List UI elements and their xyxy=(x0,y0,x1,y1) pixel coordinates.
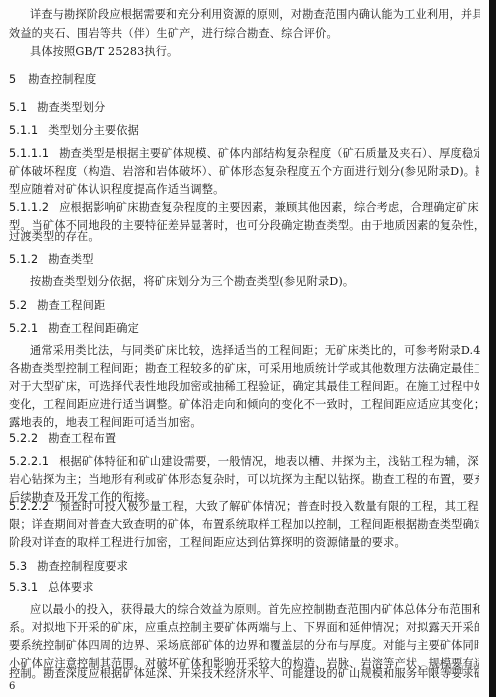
wechat-icon: ◯ xyxy=(418,665,429,676)
section-number: 5.2.2 xyxy=(9,432,38,446)
section-title: 勘查工程间距 xyxy=(37,299,105,312)
paragraph-line: 应以最小的投入，获得最大的综合效益为原则。首先应控制勘查范围内矿体总体分布范围和… xyxy=(30,603,480,617)
page-number: 6 xyxy=(9,681,15,692)
section-number: 5.3 xyxy=(9,560,27,574)
paragraph-line: 岩心钻探为主；当地形有利或矿体形态复杂时，可以坑探为主配以钻探。勘查工程的布置，… xyxy=(9,473,479,487)
section-number: 5 xyxy=(9,73,16,87)
paragraph-line: 要系统控制矿体四周的边界、采场底部矿体的边界和覆盖层的分布与厚度。对能与主要矿体… xyxy=(9,639,479,653)
section-title: 总体要求 xyxy=(48,581,93,594)
document-page: 详查与勘探阶段应根据需要和充分利用资源的原则，对勘查范围内确认能为工业利用，并具… xyxy=(0,0,489,697)
section-title: 勘查控制程度要求 xyxy=(37,560,128,573)
section-heading-5-1-1: 5.1.1类型划分主要依据 xyxy=(9,124,479,138)
section-heading-5: 5勘查控制程度 xyxy=(9,73,479,87)
paragraph-line: 阶段对详查的取样工程进行加密，工程间距应达到估算探明的资源储量的要求。 xyxy=(9,536,479,550)
section-heading-5-2: 5.2勘查工程间距 xyxy=(9,299,479,313)
watermark: ◯矿业在线 xyxy=(418,660,479,677)
clause-text: 预查时可投入极少量工程，大致了解矿体情况；普查时投入数量有限的工程，其工程间距不 xyxy=(59,500,479,513)
paragraph-line: 系。对拟地下开采的矿床，应重点控制主要矿体两端与上、下界面和延伸情况；对拟露天开… xyxy=(9,621,479,635)
paragraph-line: 变化，工程间距应进行适当调整。矿体沿走向和倾向的变化不一致时，工程间距应适应其变… xyxy=(9,398,479,412)
section-title: 勘查控制程度 xyxy=(28,73,96,86)
section-number: 5.2.1 xyxy=(9,322,38,336)
section-number: 5.2 xyxy=(9,299,27,313)
section-heading-5-1: 5.1勘查类型划分 xyxy=(9,101,479,115)
section-number: 5.1 xyxy=(9,101,27,115)
paragraph-line: 露地表的，地表工程间距可适当加密。 xyxy=(9,416,479,430)
section-number: 5.3.1 xyxy=(9,581,38,595)
paragraph-line: 通常采用类比法，与同类矿床比较，选择适当的工程间距；无矿床类比的，可参考附录D.… xyxy=(30,344,480,358)
clause-5-2-2-1: 5.2.2.1根据矿体特征和矿山建设需要，一般情况，地表以槽、井探为主，浅钻工程… xyxy=(9,455,479,469)
paragraph-line: 型应随着对矿体认识程度提高作适当调整。 xyxy=(9,183,479,197)
section-title: 类型划分主要依据 xyxy=(48,124,139,137)
paragraph-line: 控制。勘查深度应根据矿体延深、开采技术经济水平、可能建设的矿山规模和服务年限等要… xyxy=(9,667,479,681)
clause-5-2-2-2: 5.2.2.2预查时可投入极少量工程，大致了解矿体情况；普查时投入数量有限的工程… xyxy=(9,500,479,514)
clause-number: 5.1.1.1 xyxy=(9,147,49,161)
section-heading-5-3: 5.3勘查控制程度要求 xyxy=(9,560,479,574)
section-number: 5.1.2 xyxy=(9,253,38,267)
paragraph-line: 矿体破坏程度（构造、岩溶和岩体破坏）、矿体形态复杂程度五个方面进行划分(参见附录… xyxy=(9,165,479,179)
paragraph-line: 按勘查类型划分依据，将矿床划分为三个勘查类型(参见附录D)。 xyxy=(30,275,480,289)
paragraph-line: 效益的夹石、围岩等共（伴）生矿产，进行综合勘查、综合评价。 xyxy=(9,27,479,41)
section-heading-5-2-2: 5.2.2勘查工程布置 xyxy=(9,432,479,446)
paragraph-line: 详查与勘探阶段应根据需要和充分利用资源的原则，对勘查范围内确认能为工业利用，并具… xyxy=(30,8,480,22)
clause-5-1-1-2: 5.1.1.2应根据影响矿床勘查复杂程度的主要因素，兼顾其他因素，综合考虑，合理… xyxy=(9,201,479,215)
clause-number: 5.1.1.2 xyxy=(9,201,49,215)
section-title: 勘查类型 xyxy=(48,253,93,266)
paragraph-line: 具体按照GB/T 25283执行。 xyxy=(30,45,480,59)
paragraph-line: 对于大型矿床，可选择代表性地段加密或抽稀工程验证，确定其最佳工程间距。在施工过程… xyxy=(9,380,479,394)
watermark-text: 矿业在线 xyxy=(431,662,479,676)
clause-5-1-1-1: 5.1.1.1勘查类型是根据主要矿体规模、矿体内部结构复杂程度（矿石质量及夹石）… xyxy=(9,147,479,161)
right-edge-border xyxy=(489,0,496,697)
clause-text: 应根据影响矿床勘查复杂程度的主要因素，兼顾其他因素，综合考虑，合理确定矿床勘查类 xyxy=(59,201,479,214)
section-heading-5-3-1: 5.3.1总体要求 xyxy=(9,581,479,595)
clause-number: 5.2.2.2 xyxy=(9,500,49,514)
section-title: 勘查工程间距确定 xyxy=(48,322,139,335)
paragraph-line: 各勘查类型控制工程间距；勘查工程较多的矿床，可采用地质统计学或其他数理方法确定最… xyxy=(9,362,479,376)
section-title: 勘查类型划分 xyxy=(37,101,105,114)
section-title: 勘查工程布置 xyxy=(48,432,116,445)
paragraph-line: 限；详查期间对普查大致查明的矿体，布置系统取样工程加以控制，工程间距根据勘查类型… xyxy=(9,518,479,532)
clause-text: 勘查类型是根据主要矿体规模、矿体内部结构复杂程度（矿石质量及夹石）、厚度稳定程度… xyxy=(59,147,479,160)
clause-number: 5.2.2.1 xyxy=(9,455,49,469)
paragraph-line: 过渡类型的存在。 xyxy=(9,230,479,244)
section-heading-5-2-1: 5.2.1勘查工程间距确定 xyxy=(9,322,479,336)
clause-text: 根据矿体特征和矿山建设需要，一般情况，地表以槽、井探为主，浅钻工程为辅，深部应以 xyxy=(59,455,479,468)
section-number: 5.1.1 xyxy=(9,124,38,138)
section-heading-5-1-2: 5.1.2勘查类型 xyxy=(9,253,479,267)
